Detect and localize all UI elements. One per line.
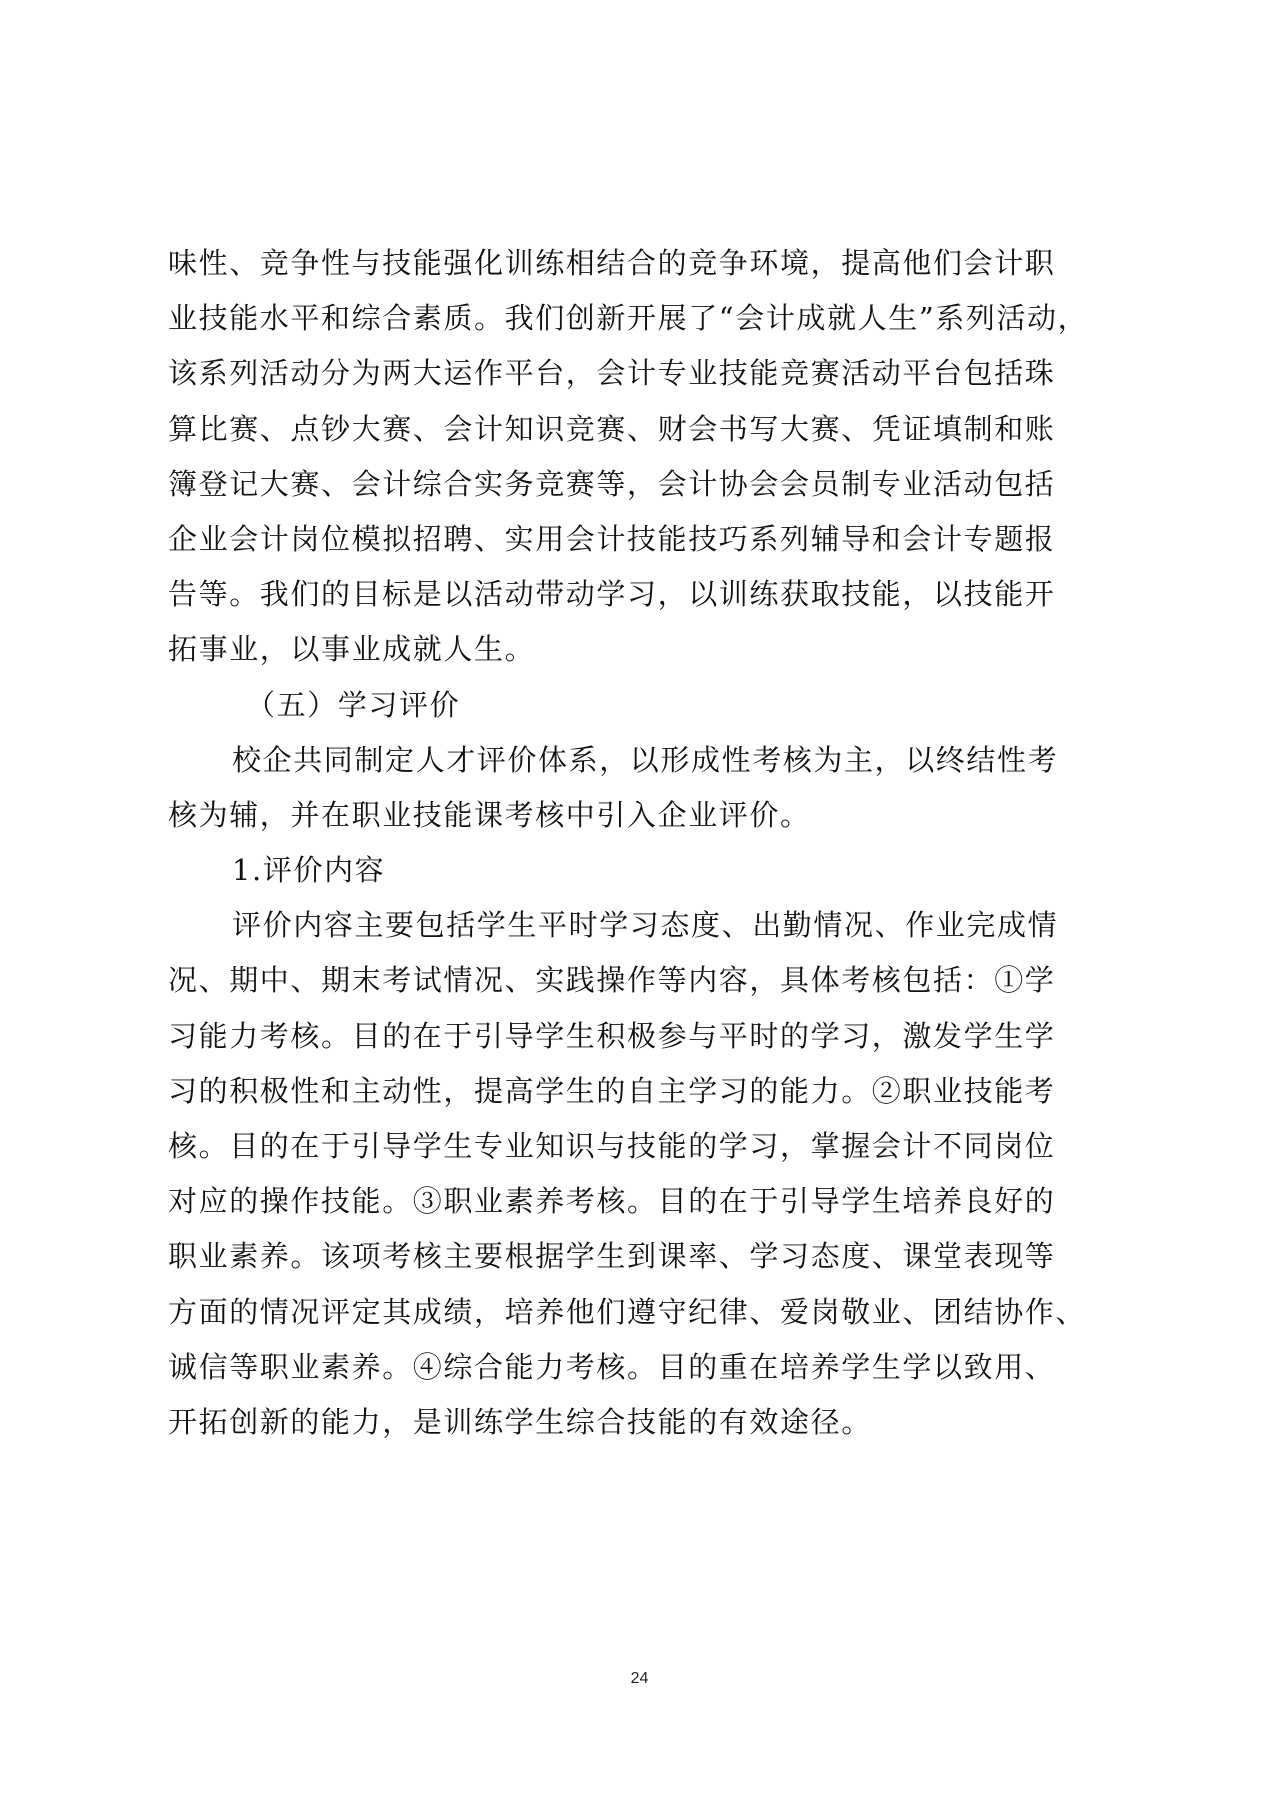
- paragraph-line: 拓事业，以事业成就人生。: [168, 622, 1108, 677]
- paragraph-line: 评价内容主要包括学生平时学习态度、出勤情况、作业完成情: [168, 898, 1108, 953]
- paragraph-line: 习的积极性和主动性，提高学生的自主学习的能力。②职业技能考: [168, 1064, 1108, 1119]
- subsection-heading: 1.评价内容: [168, 843, 1108, 898]
- document-page: 味性、竞争性与技能强化训练相结合的竞争环境，提高他们会计职 业技能水平和综合素质…: [0, 0, 1279, 1809]
- paragraph-line: 校企共同制定人才评价体系，以形成性考核为主，以终结性考: [168, 733, 1108, 788]
- document-body: 味性、竞争性与技能强化训练相结合的竞争环境，提高他们会计职 业技能水平和综合素质…: [168, 236, 1108, 1450]
- paragraph-line: 核。目的在于引导学生专业知识与技能的学习，掌握会计不同岗位: [168, 1119, 1108, 1174]
- paragraph-line: 方面的情况评定其成绩，培养他们遵守纪律、爱岗敬业、团结协作、: [168, 1285, 1108, 1340]
- paragraph-line: 簿登记大赛、会计综合实务竞赛等，会计协会会员制专业活动包括: [168, 457, 1108, 512]
- paragraph-line: 企业会计岗位模拟招聘、实用会计技能技巧系列辅导和会计专题报: [168, 512, 1108, 567]
- paragraph-line: 况、期中、期末考试情况、实践操作等内容，具体考核包括：①学: [168, 953, 1108, 1008]
- paragraph-line: 核为辅，并在职业技能课考核中引入企业评价。: [168, 788, 1108, 843]
- paragraph-line: 告等。我们的目标是以活动带动学习，以训练获取技能，以技能开: [168, 567, 1108, 622]
- section-heading: （五）学习评价: [168, 678, 1108, 733]
- paragraph-line: 习能力考核。目的在于引导学生积极参与平时的学习，激发学生学: [168, 1009, 1108, 1064]
- paragraph-line: 诚信等职业素养。④综合能力考核。目的重在培养学生学以致用、: [168, 1340, 1108, 1395]
- paragraph-line: 业技能水平和综合素质。我们创新开展了“会计成就人生”系列活动，: [168, 291, 1108, 346]
- paragraph-line: 该系列活动分为两大运作平台，会计专业技能竞赛活动平台包括珠: [168, 346, 1108, 401]
- paragraph-line: 对应的操作技能。③职业素养考核。目的在于引导学生培养良好的: [168, 1174, 1108, 1229]
- paragraph-line: 味性、竞争性与技能强化训练相结合的竞争环境，提高他们会计职: [168, 236, 1108, 291]
- page-number: 24: [0, 1670, 1279, 1688]
- paragraph-line: 职业素养。该项考核主要根据学生到课率、学习态度、课堂表现等: [168, 1229, 1108, 1284]
- paragraph-line: 开拓创新的能力，是训练学生综合技能的有效途径。: [168, 1395, 1108, 1450]
- paragraph-line: 算比赛、点钞大赛、会计知识竞赛、财会书写大赛、凭证填制和账: [168, 402, 1108, 457]
